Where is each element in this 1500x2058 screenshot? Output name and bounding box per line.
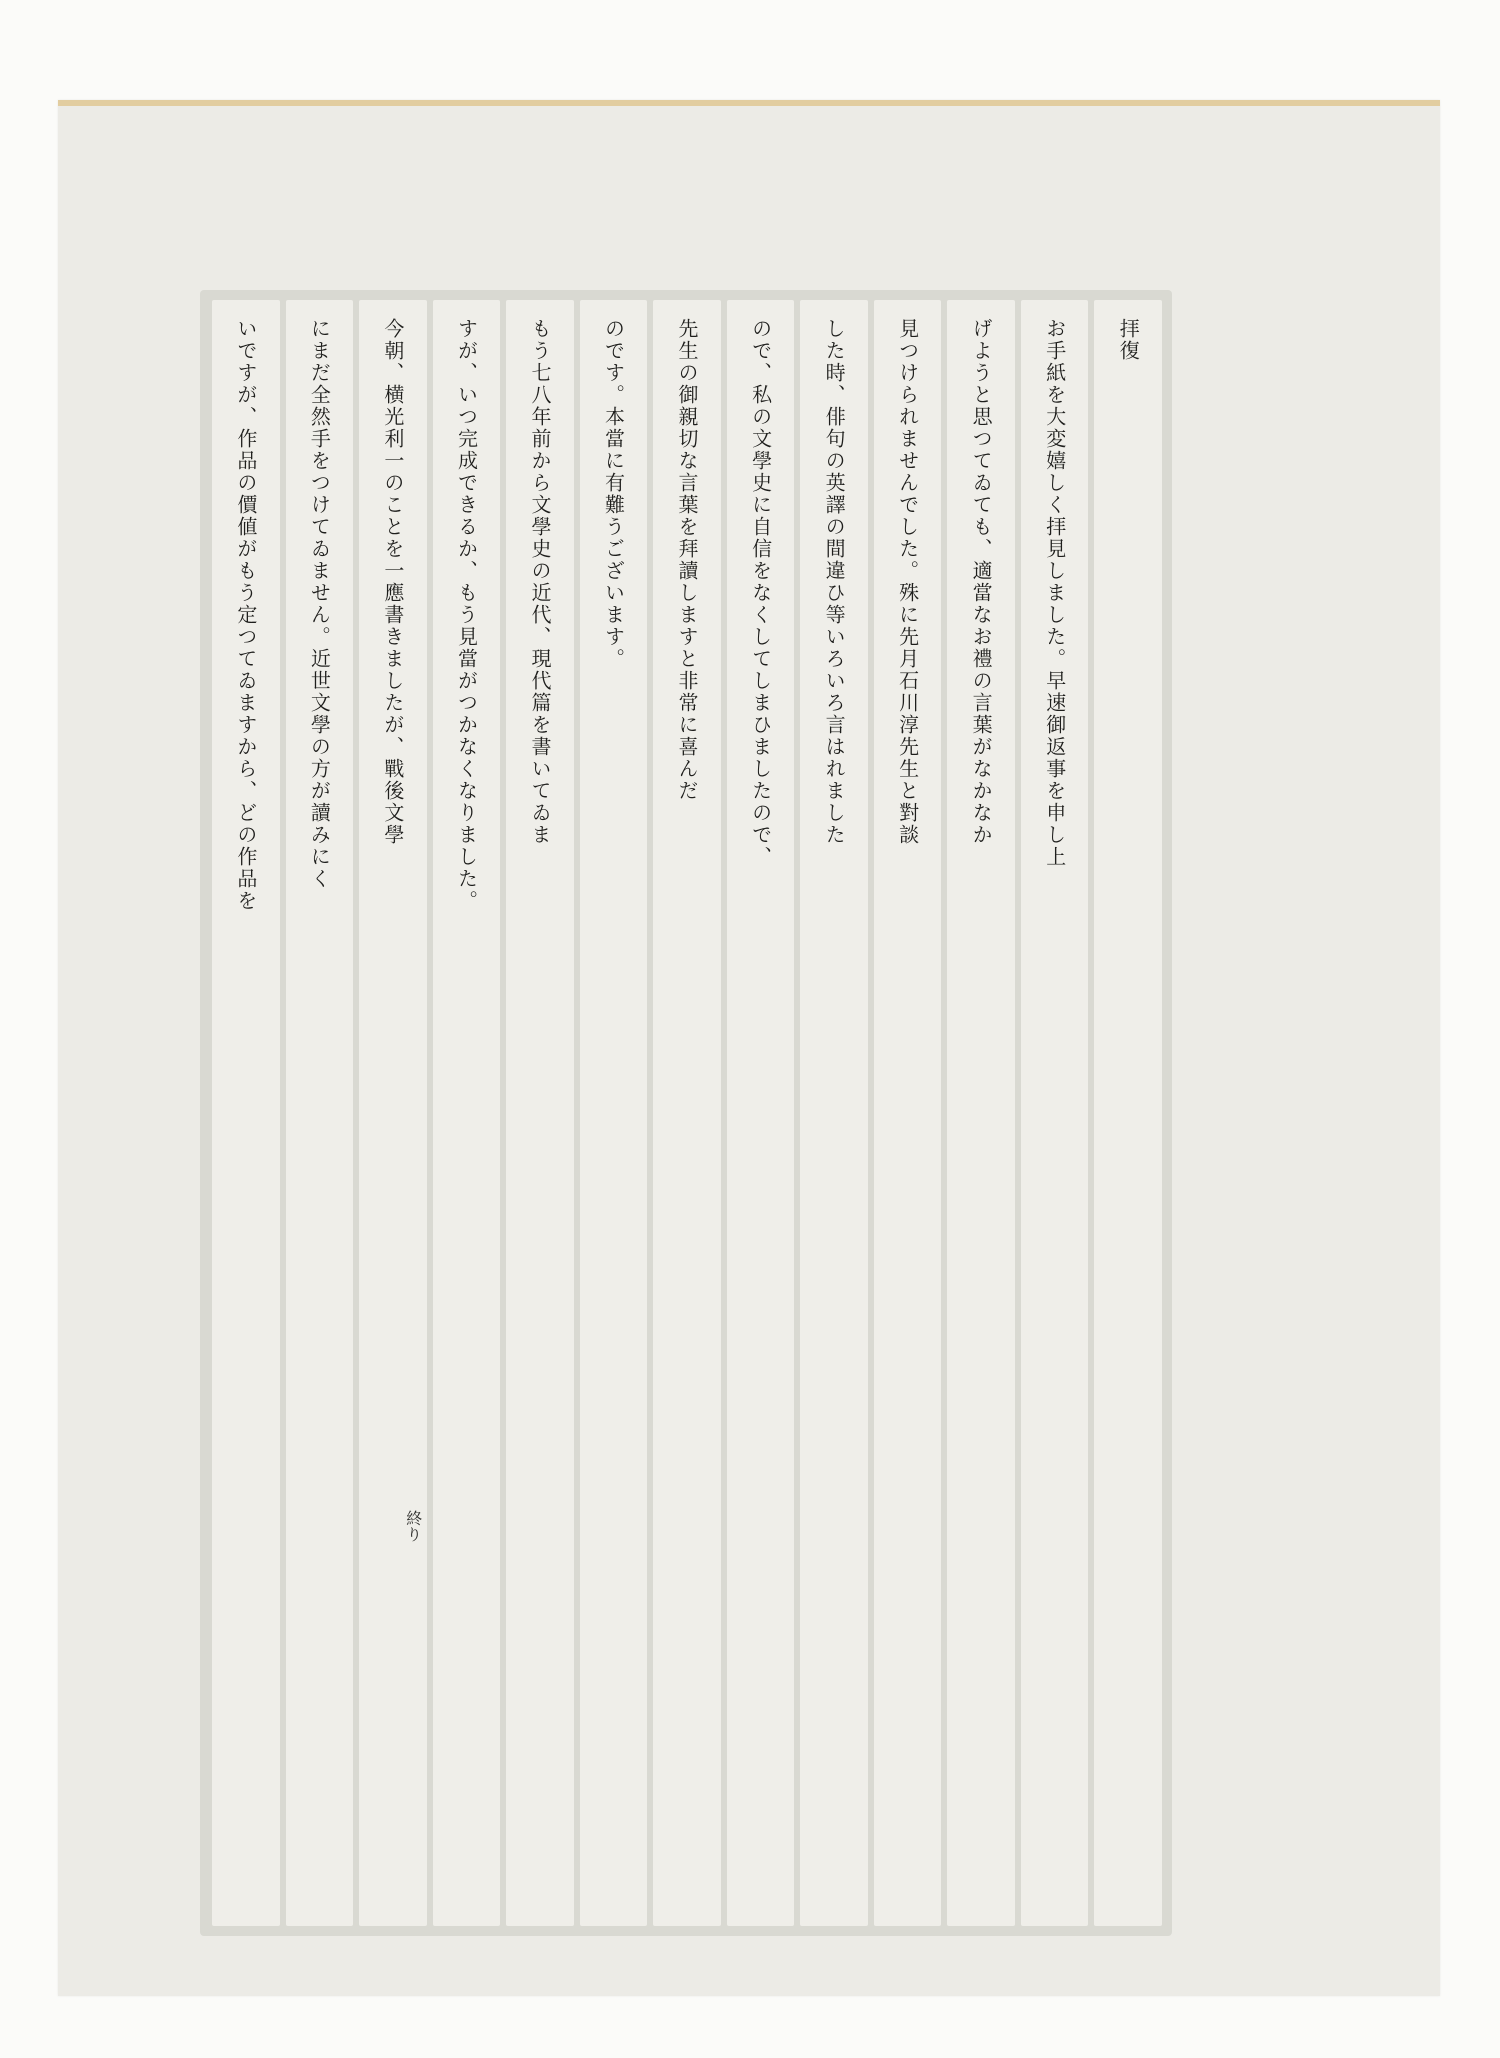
column-line: した時、俳句の英譯の間違ひ等いろいろ言はれました <box>800 300 868 1926</box>
column-line: もう七八年前から文學史の近代、現代篇を書いてゐま <box>506 300 574 1926</box>
letter-line: 今朝、横光利一のことを一應書きましたが、戰後文學 <box>383 318 403 1926</box>
letter-line: ので、私の文學史に自信をなくしてしまひましたので、 <box>751 318 771 1926</box>
letter-line: した時、俳句の英譯の間違ひ等いろいろ言はれました <box>824 318 844 1926</box>
column-line: にまだ全然手をつけてゐません。近世文學の方が讀みにく <box>286 300 354 1926</box>
letter-line: すが、いつ完成できるか、もう見當がつかなくなりました。 <box>456 318 476 1926</box>
letter-line: お手紙を大変嬉しく拝見しました。早速御返事を申し上 <box>1045 318 1065 1926</box>
letter-line: もう七八年前から文學史の近代、現代篇を書いてゐま <box>530 318 550 1926</box>
column-line: すが、いつ完成できるか、もう見當がつかなくなりました。 <box>433 300 501 1926</box>
letter-line: いですが、作品の價値がもう定つてゐますから、どの作品を <box>236 318 256 1926</box>
letter-line: 先生の御親切な言葉を拜讀しますと非常に喜んだ <box>677 318 697 1926</box>
column-line: 今朝、横光利一のことを一應書きましたが、戰後文學 終り <box>359 300 427 1926</box>
column-line: いですが、作品の價値がもう定つてゐますから、どの作品を <box>212 300 280 1926</box>
letter-line: にまだ全然手をつけてゐません。近世文學の方が讀みにく <box>309 318 329 1926</box>
column-line: ので、私の文學史に自信をなくしてしまひましたので、 <box>727 300 795 1926</box>
column-line: のです。本當に有難うございます。 <box>580 300 648 1926</box>
column-line: 見つけられませんでした。殊に先月石川淳先生と對談 <box>874 300 942 1926</box>
column-line: お手紙を大変嬉しく拝見しました。早速御返事を申し上 <box>1021 300 1089 1926</box>
letter-line: げようと思つてゐても、適當なお禮の言葉がなかなか <box>971 318 991 1926</box>
letter-columns: 拝復 お手紙を大変嬉しく拝見しました。早速御返事を申し上 げようと思つてゐても、… <box>212 300 1162 1926</box>
column-line: げようと思つてゐても、適當なお禮の言葉がなかなか <box>947 300 1015 1926</box>
column-salutation: 拝復 <box>1094 300 1162 1926</box>
margin-annotation: 終り <box>402 1510 425 1542</box>
column-line: 先生の御親切な言葉を拜讀しますと非常に喜んだ <box>653 300 721 1926</box>
letter-line: のです。本當に有難うございます。 <box>604 318 624 1926</box>
letter-line: 見つけられませんでした。殊に先月石川淳先生と對談 <box>898 318 918 1926</box>
salutation: 拝復 <box>1118 318 1138 1926</box>
